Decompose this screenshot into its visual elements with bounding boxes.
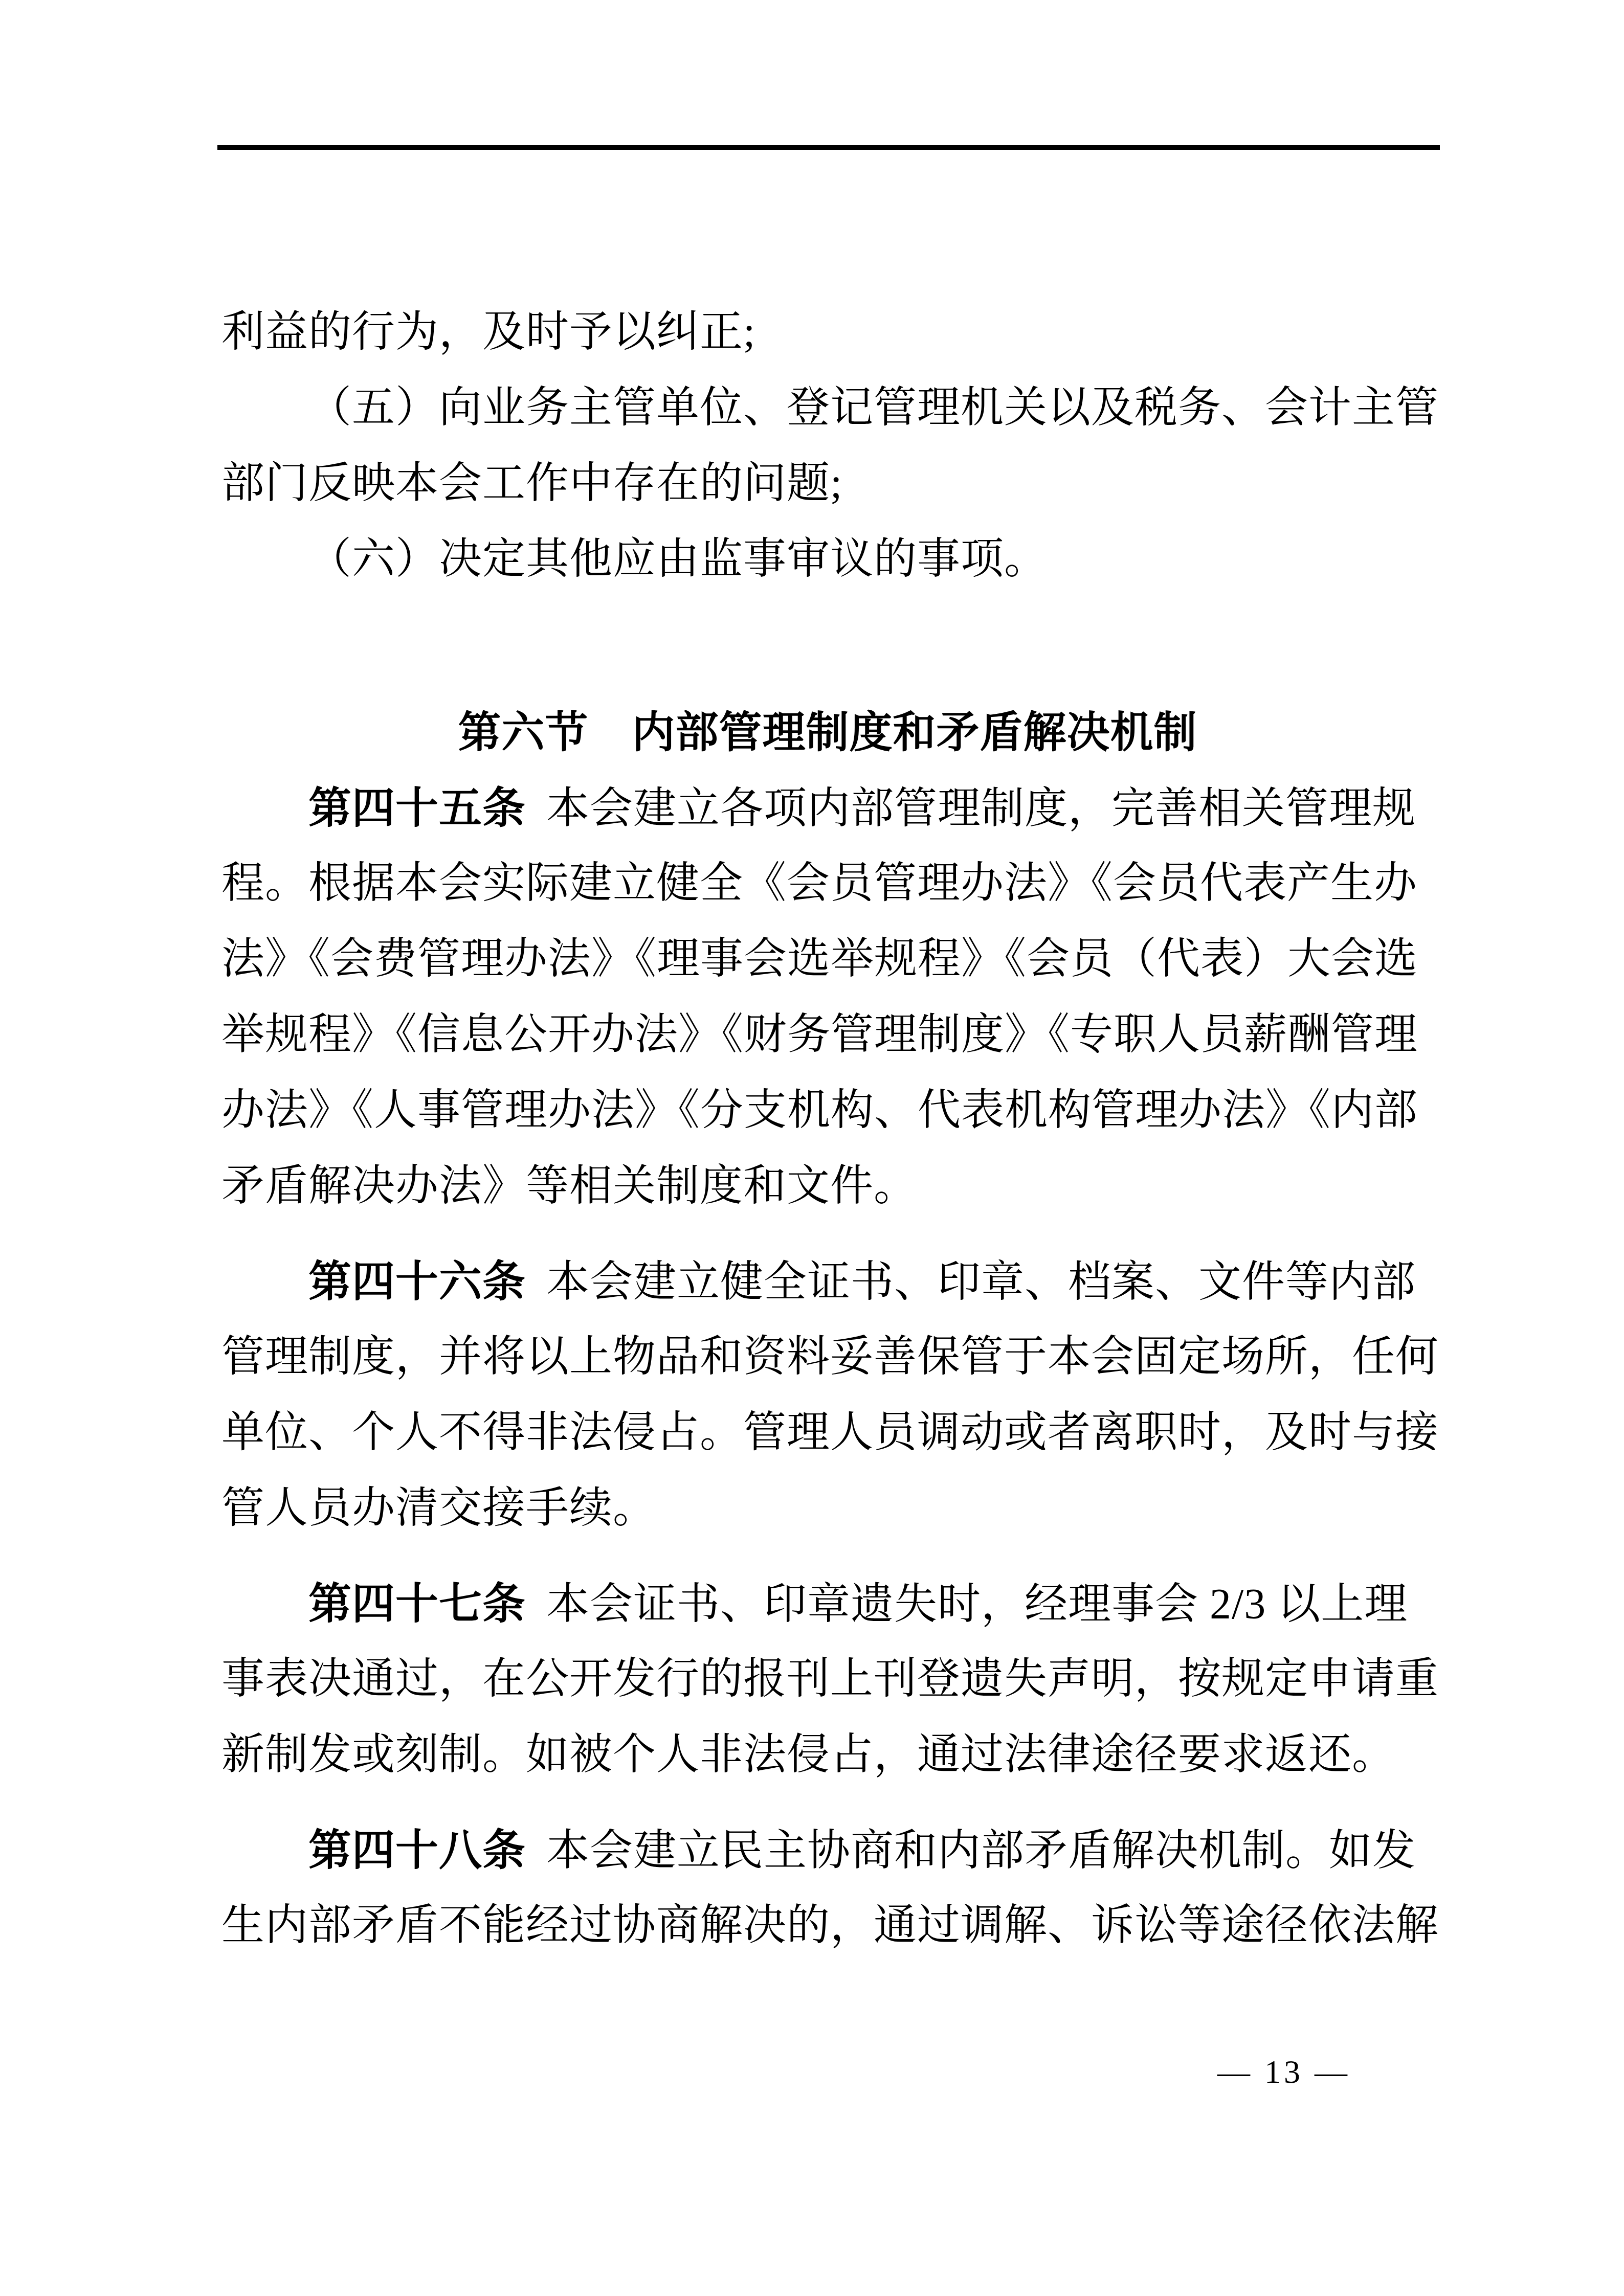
paragraph: （六）决定其他应由监事审议的事项。 [221, 522, 1434, 597]
paragraph: 利益的行为，及时予以纠正; [221, 295, 1434, 370]
line-text: 本会建立各项内部管理制度，完善相关管理规 [546, 785, 1416, 832]
line-text: 生内部矛盾不能经过协商解决的，通过调解、诉讼等途径依法解 [221, 1902, 1439, 1949]
paragraph: 第四十八条本会建立民主协商和内部矛盾解决机制。如发生内部矛盾不能经过协商解决的，… [221, 1812, 1434, 1964]
page-number: — 13 — [1217, 2052, 1350, 2092]
line-text: 管人员办清交接手续。 [221, 1484, 656, 1532]
paragraph: 第四十五条本会建立各项内部管理制度，完善相关管理规程。根据本会实际建立健全《会员… [221, 770, 1434, 1224]
text-line: 法》《会费管理办法》《理事会选举规程》《会员（代表）大会选 [221, 921, 1434, 997]
text-line: （五）向业务主管单位、登记管理机关以及税务、会计主管 [221, 370, 1434, 446]
text-line: 程。根据本会实际建立健全《会员管理办法》《会员代表产生办 [221, 846, 1434, 921]
text-line: 单位、个人不得非法侵占。管理人员调动或者离职时，及时与接 [221, 1395, 1434, 1471]
header-rule [217, 145, 1440, 150]
line-text: 第六节 内部管理制度和矛盾解决机制 [458, 708, 1197, 756]
article-number: 第四十五条 [308, 784, 526, 832]
line-text: 管理制度，并将以上物品和资料妥善保管于本会固定场所，任何 [221, 1333, 1439, 1381]
line-text: 新制发或刻制。如被个人非法侵占，通过法律途径要求返还。 [221, 1731, 1395, 1779]
paragraph: （五）向业务主管单位、登记管理机关以及税务、会计主管部门反映本会工作中存在的问题… [221, 370, 1434, 522]
text-line: 利益的行为，及时予以纠正; [221, 295, 1434, 370]
text-line: 管人员办清交接手续。 [221, 1471, 1434, 1546]
text-line: 第四十六条本会建立健全证书、印章、档案、文件等内部 [221, 1244, 1434, 1319]
line-text: （六）决定其他应由监事审议的事项。 [308, 535, 1048, 583]
line-text: 本会建立民主协商和内部矛盾解决机制。如发 [546, 1827, 1416, 1875]
line-text: 部门反映本会工作中存在的问题; [221, 460, 842, 507]
line-text: 利益的行为，及时予以纠正; [221, 308, 755, 356]
document-page: 利益的行为，及时予以纠正;（五）向业务主管单位、登记管理机关以及税务、会计主管部… [0, 0, 1624, 2296]
text-line: 矛盾解决办法》等相关制度和文件。 [221, 1149, 1434, 1224]
article-number: 第四十六条 [308, 1257, 526, 1305]
line-text: （五）向业务主管单位、登记管理机关以及税务、会计主管 [308, 384, 1439, 432]
paragraph: 第四十六条本会建立健全证书、印章、档案、文件等内部管理制度，并将以上物品和资料妥… [221, 1244, 1434, 1546]
text-line: 第四十五条本会建立各项内部管理制度，完善相关管理规 [221, 770, 1434, 846]
line-text: 本会建立健全证书、印章、档案、文件等内部 [546, 1258, 1416, 1306]
line-text: 办法》《人事管理办法》《分支机构、代表机构管理办法》《内部 [221, 1087, 1418, 1134]
text-line: 第四十七条本会证书、印章遗失时，经理事会 2/3 以上理 [221, 1566, 1434, 1641]
text-line: （六）决定其他应由监事审议的事项。 [221, 522, 1434, 597]
line-text: 单位、个人不得非法侵占。管理人员调动或者离职时，及时与接 [221, 1409, 1439, 1456]
line-text: 事表决通过，在公开发行的报刊上刊登遗失声明，按规定申请重 [221, 1655, 1439, 1703]
text-line: 管理制度，并将以上物品和资料妥善保管于本会固定场所，任何 [221, 1319, 1434, 1395]
text-line: 第四十八条本会建立民主协商和内部矛盾解决机制。如发 [221, 1812, 1434, 1888]
line-text: 法》《会费管理办法》《理事会选举规程》《会员（代表）大会选 [221, 935, 1418, 983]
text-line: 生内部矛盾不能经过协商解决的，通过调解、诉讼等途径依法解 [221, 1888, 1434, 1964]
text-line: 举规程》《信息公开办法》《财务管理制度》《专职人员薪酬管理 [221, 997, 1434, 1073]
paragraph: 第四十七条本会证书、印章遗失时，经理事会 2/3 以上理事表决通过，在公开发行的… [221, 1566, 1434, 1793]
document-body: 利益的行为，及时予以纠正;（五）向业务主管单位、登记管理机关以及税务、会计主管部… [221, 295, 1434, 1964]
line-text: 矛盾解决办法》等相关制度和文件。 [221, 1162, 917, 1210]
article-number: 第四十七条 [308, 1580, 526, 1628]
text-line: 办法》《人事管理办法》《分支机构、代表机构管理办法》《内部 [221, 1073, 1434, 1149]
text-line: 第六节 内部管理制度和矛盾解决机制 [221, 694, 1434, 770]
section-heading: 第六节 内部管理制度和矛盾解决机制 [221, 694, 1434, 770]
line-text: 举规程》《信息公开办法》《财务管理制度》《专职人员薪酬管理 [221, 1011, 1418, 1059]
text-line: 部门反映本会工作中存在的问题; [221, 446, 1434, 522]
line-text: 程。根据本会实际建立健全《会员管理办法》《会员代表产生办 [221, 860, 1417, 907]
text-line: 事表决通过，在公开发行的报刊上刊登遗失声明，按规定申请重 [221, 1641, 1434, 1717]
text-line: 新制发或刻制。如被个人非法侵占，通过法律途径要求返还。 [221, 1717, 1434, 1793]
article-number: 第四十八条 [308, 1826, 526, 1874]
line-text: 本会证书、印章遗失时，经理事会 2/3 以上理 [546, 1581, 1408, 1628]
